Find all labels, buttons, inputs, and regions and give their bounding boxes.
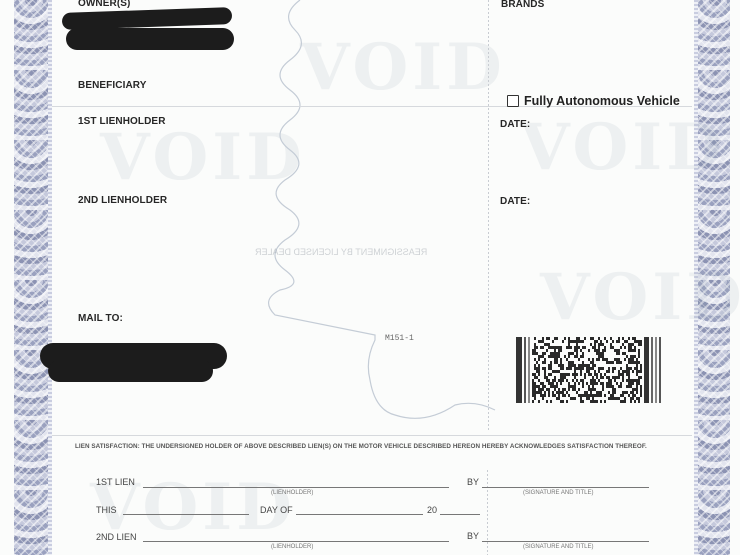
- security-border-right-edge: [694, 0, 698, 555]
- state-outline-graphic: [200, 0, 520, 430]
- lienholder1-date-label: DATE:: [500, 119, 530, 130]
- security-border-left-edge: [48, 0, 52, 555]
- year-field[interactable]: [440, 514, 480, 515]
- autonomous-vehicle-option[interactable]: Fully Autonomous Vehicle: [507, 94, 680, 108]
- day-field[interactable]: [123, 514, 249, 515]
- first-lien-signature-sub-label: (SIGNATURE AND TITLE): [523, 490, 593, 496]
- void-watermark: VOID: [300, 30, 506, 105]
- this-label: THIS: [96, 505, 117, 515]
- second-lien-signature-sub-label: (SIGNATURE AND TITLE): [523, 544, 593, 550]
- mail-to-redaction: [48, 360, 213, 382]
- first-lien-by-label: BY: [467, 477, 479, 487]
- form-code: M151-1: [385, 334, 414, 343]
- divider-line: [52, 435, 692, 436]
- lienholder1-label: 1ST LIENHOLDER: [78, 116, 166, 127]
- first-lien-signature-field[interactable]: [482, 487, 649, 488]
- lienholder2-label: 2ND LIENHOLDER: [78, 195, 167, 206]
- beneficiary-label: BENEFICIARY: [78, 80, 147, 91]
- column-divider: [488, 0, 489, 430]
- second-lienholder-field[interactable]: [143, 541, 449, 542]
- second-lienholder-sub-label: (LIENHOLDER): [271, 544, 313, 550]
- barcode-icon: [516, 337, 662, 403]
- first-lienholder-field[interactable]: [143, 487, 449, 488]
- security-border-right: [698, 0, 730, 555]
- first-lienholder-sub-label: (LIENHOLDER): [271, 490, 313, 496]
- month-field[interactable]: [296, 514, 423, 515]
- second-lien-signature-field[interactable]: [482, 541, 649, 542]
- owner-redaction: [66, 28, 234, 50]
- owners-label: OWNER(S): [78, 0, 130, 9]
- lienholder2-date-label: DATE:: [500, 196, 530, 207]
- lien-satisfaction-statement: LIEN SATISFACTION: THE UNDERSIGNED HOLDE…: [75, 443, 647, 450]
- column-divider: [487, 470, 488, 555]
- mirrored-background-text: REASSIGNMENT BY LICENSED DEALER: [255, 247, 427, 257]
- second-lien-label: 2ND LIEN: [96, 532, 137, 542]
- security-border-left: [14, 0, 48, 555]
- day-of-label: DAY OF: [260, 505, 293, 515]
- autonomous-vehicle-checkbox[interactable]: [507, 95, 519, 107]
- first-lien-label: 1ST LIEN: [96, 477, 135, 487]
- void-watermark: VOID: [100, 120, 306, 195]
- year-prefix-label: 20: [427, 505, 437, 515]
- autonomous-vehicle-label: Fully Autonomous Vehicle: [524, 94, 680, 108]
- second-lien-by-label: BY: [467, 531, 479, 541]
- brands-label: BRANDS: [501, 0, 544, 10]
- mail-to-label: MAIL TO:: [78, 313, 123, 324]
- owner-redaction: [62, 7, 232, 30]
